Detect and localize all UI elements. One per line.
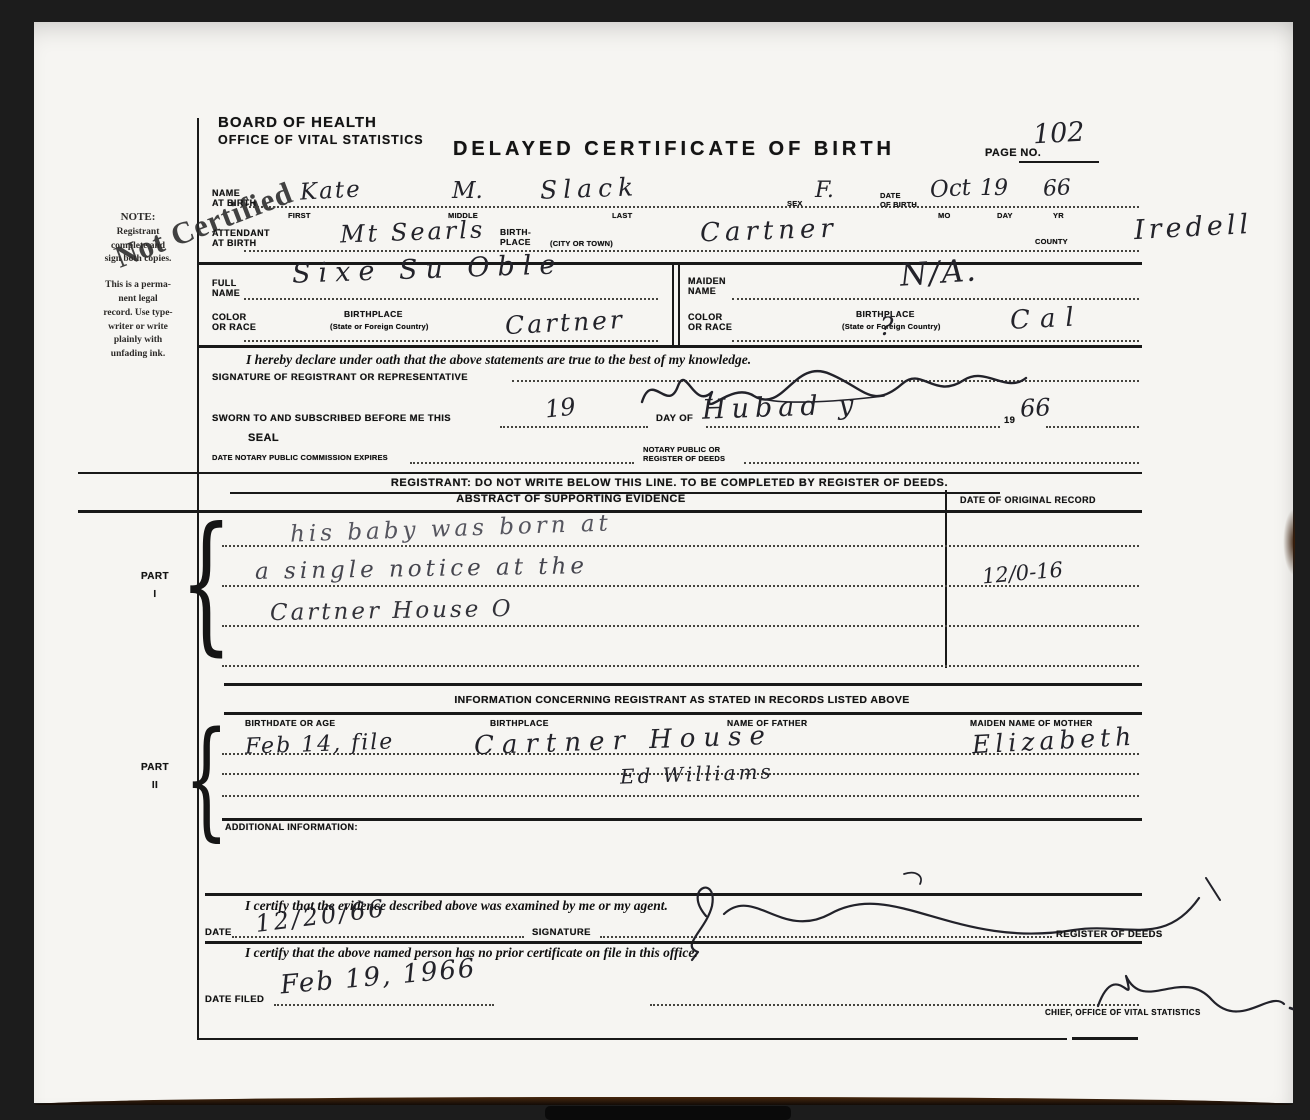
part1-record-date-value: 12/0-16 bbox=[981, 560, 1064, 588]
additional-information-label: ADDITIONAL INFORMATION: bbox=[225, 822, 358, 832]
attendant-label: ATTENDANT AT BIRTH bbox=[212, 228, 270, 249]
chief-office-label: CHIEF, OFFICE OF VITAL STATISTICS bbox=[1045, 1008, 1201, 1017]
mother-birthplace-value: Cal bbox=[1009, 304, 1084, 334]
notary-public-label: NOTARY PUBLIC OR REGISTER OF DEEDS bbox=[643, 446, 725, 463]
full-name-label-line2: NAME bbox=[212, 288, 240, 298]
sworn-day-line bbox=[500, 426, 648, 428]
part1-evidence-line1: his baby was born at bbox=[290, 512, 613, 546]
cert1-bottom-rule bbox=[205, 941, 1142, 944]
part2-birthdate-value: Feb 14, file bbox=[245, 731, 395, 758]
register-of-deeds-label: REGISTER OF DEEDS bbox=[1056, 930, 1163, 941]
page-title: DELAYED CERTIFICATE OF BIRTH bbox=[424, 138, 924, 161]
dob-month-value: Oct bbox=[929, 177, 971, 203]
date-filed-label: DATE FILED bbox=[205, 995, 264, 1006]
col-birthplace-header: BIRTHPLACE bbox=[490, 719, 549, 729]
margin-note-line: record. Use type- bbox=[90, 307, 186, 321]
notary-expires-line bbox=[410, 462, 634, 464]
father-birthplace-label: BIRTHPLACE bbox=[344, 310, 403, 320]
name-middle-value: M. bbox=[452, 180, 483, 203]
margin-note-line: writer or write bbox=[90, 321, 186, 335]
part1-label-num: I bbox=[138, 589, 172, 601]
registrant-signature-label: SIGNATURE OF REGISTRANT OR REPRESENTATIV… bbox=[212, 373, 468, 384]
name-last-value: Slack bbox=[540, 174, 640, 202]
sex-label: SEX bbox=[787, 200, 803, 209]
color-race-right-line2: OR RACE bbox=[688, 322, 732, 332]
full-name-label-line1: FULL bbox=[212, 278, 240, 288]
attendant-label-line1: ATTENDANT bbox=[212, 228, 270, 238]
cert1-signature-label: SIGNATURE bbox=[532, 928, 591, 939]
father-birthplace-sub-label: (State or Foreign Country) bbox=[330, 323, 429, 332]
record-date-column-divider bbox=[945, 490, 947, 668]
mother-birthplace-label: BIRTHPLACE bbox=[856, 310, 915, 320]
name-first-value: Kate bbox=[299, 178, 362, 204]
name-line bbox=[244, 206, 1139, 208]
sub-mo-label: MO bbox=[938, 212, 950, 221]
sex-value: F. bbox=[815, 180, 834, 202]
color-race-right-label: COLOR OR RACE bbox=[688, 312, 732, 333]
scanned-certificate-page: BOARD OF HEALTH OFFICE OF VITAL STATISTI… bbox=[34, 22, 1293, 1103]
office-vital-statistics-label: OFFICE OF VITAL STATISTICS bbox=[218, 133, 424, 147]
margin-note: NOTE: Registrant complete and sign both … bbox=[90, 210, 186, 362]
sub-last-label: LAST bbox=[612, 212, 632, 221]
page-no-value: 102 bbox=[1032, 119, 1085, 149]
maiden-name-label: MAIDEN NAME bbox=[688, 276, 726, 297]
sworn-month-value: Hubad y bbox=[702, 391, 860, 423]
color-race-left-line2: OR RACE bbox=[212, 322, 256, 332]
color-race-left-line1: COLOR bbox=[212, 312, 256, 322]
birthplace-label-line2: PLACE bbox=[500, 238, 531, 248]
part2-label: PART II bbox=[138, 762, 172, 791]
cert2-signature-scrawl bbox=[1064, 944, 1299, 1034]
margin-note-line: complete and bbox=[90, 240, 186, 254]
birthplace-value: Cartner bbox=[700, 216, 839, 247]
county-value: Iredell bbox=[1133, 211, 1252, 244]
margin-note-line: unfading ink. bbox=[90, 348, 186, 362]
sub-first-label: FIRST bbox=[288, 212, 311, 221]
attendant-value: Mt Searls bbox=[340, 217, 486, 246]
screenshot-stage: BOARD OF HEALTH OFFICE OF VITAL STATISTI… bbox=[0, 0, 1310, 1120]
part1-evidence-line2: a single notice at the bbox=[255, 555, 588, 584]
abstract-header: ABSTRACT OF SUPPORTING EVIDENCE bbox=[197, 493, 945, 506]
margin-note-heading: NOTE: bbox=[90, 210, 186, 226]
year-prefix-label: 19 bbox=[1004, 416, 1015, 427]
form-bottom-rule bbox=[197, 1038, 1067, 1040]
mother-birthplace-sub-label: (State or Foreign Country) bbox=[842, 323, 941, 332]
date-filed-value: Feb 19, 1966 bbox=[279, 955, 477, 998]
page-no-label: PAGE NO. bbox=[985, 147, 1041, 160]
sworn-day-value: 19 bbox=[544, 394, 577, 421]
sworn-year-value: 66 bbox=[1019, 395, 1051, 421]
part2-line3 bbox=[222, 795, 1139, 797]
dob-year-value: 66 bbox=[1042, 177, 1071, 200]
full-name-line bbox=[244, 298, 658, 300]
dob-label-line2: OF BIRTH bbox=[880, 201, 917, 210]
part2-header: INFORMATION CONCERNING REGISTRANT AS STA… bbox=[222, 694, 1142, 706]
margin-note-line: sign both copies. bbox=[90, 253, 186, 267]
part1-label-word: PART bbox=[138, 571, 172, 583]
attendant-label-line2: AT BIRTH bbox=[212, 238, 270, 248]
dock-handle[interactable] bbox=[545, 1106, 791, 1120]
notary-expires-label: DATE NOTARY PUBLIC COMMISSION EXPIRES bbox=[212, 454, 388, 463]
attendant-line bbox=[244, 250, 1139, 252]
part1-evidence-line3: Cartner House O bbox=[270, 598, 514, 625]
color-race-right-line1: COLOR bbox=[688, 312, 732, 322]
county-label: COUNTY bbox=[1035, 238, 1068, 247]
margin-note-line: nent legal bbox=[90, 293, 186, 307]
dob-label: DATE OF BIRTH bbox=[880, 192, 917, 209]
part2-header-rule bbox=[224, 712, 1142, 715]
part1-label: PART I bbox=[138, 571, 172, 600]
birthplace-label: BIRTH- PLACE bbox=[500, 228, 531, 248]
name-label-line1: NAME bbox=[212, 188, 257, 198]
part1-bottom-rule bbox=[224, 683, 1142, 686]
date-filed-line bbox=[274, 1004, 494, 1006]
maiden-name-value: N/A. bbox=[899, 255, 979, 291]
center-divider-b bbox=[678, 263, 680, 345]
part2-brace: { bbox=[184, 716, 229, 844]
dob-day-value: 19 bbox=[980, 178, 1008, 200]
color-race-left-line bbox=[244, 340, 658, 342]
cert1-date-label: DATE bbox=[205, 928, 232, 939]
seal-label: SEAL bbox=[248, 432, 279, 445]
day-of-label: DAY OF bbox=[656, 414, 693, 425]
sworn-prefix-label: SWORN TO AND SUBSCRIBED BEFORE ME THIS bbox=[212, 414, 451, 425]
sworn-month-line bbox=[706, 426, 1000, 428]
part1-line4 bbox=[222, 665, 1139, 667]
notary-public-line2: REGISTER OF DEEDS bbox=[643, 455, 725, 464]
margin-note-line: This is a perma- bbox=[90, 279, 186, 293]
sub-day-label: DAY bbox=[997, 212, 1013, 221]
center-divider-a bbox=[672, 263, 674, 345]
part2-label-word: PART bbox=[138, 762, 172, 774]
form-bottom-rule-segment bbox=[1072, 1037, 1138, 1040]
part2-bottom-rule bbox=[222, 818, 1142, 821]
scan-edge-artifact bbox=[1283, 508, 1295, 576]
margin-note-line: plainly with bbox=[90, 334, 186, 348]
maiden-label-line2: NAME bbox=[688, 286, 726, 296]
part1-line1 bbox=[222, 545, 1139, 547]
sworn-year-line bbox=[1046, 426, 1139, 428]
scan-bottom-shadow bbox=[34, 1097, 1293, 1105]
part2-label-num: II bbox=[138, 780, 172, 792]
margin-note-line: Registrant bbox=[90, 226, 186, 240]
part1-line3 bbox=[222, 625, 1139, 627]
full-name-value: Sixe Su Oble bbox=[292, 251, 564, 287]
part2-father-extra-value: Ed Williams bbox=[620, 761, 774, 786]
father-birthplace-value: Cartner bbox=[504, 307, 625, 338]
birthplace-sub-label: (CITY OR TOWN) bbox=[550, 240, 613, 249]
registrant-notice: REGISTRANT: DO NOT WRITE BELOW THIS LINE… bbox=[197, 477, 1142, 490]
notary-public-line bbox=[744, 462, 1139, 464]
col-birthdate-header: BIRTHDATE OR AGE bbox=[245, 719, 335, 729]
full-name-label: FULL NAME bbox=[212, 278, 240, 299]
page-no-underline bbox=[1019, 161, 1099, 163]
original-record-date-header: DATE OF ORIGINAL RECORD bbox=[960, 495, 1096, 505]
part1-brace: { bbox=[180, 508, 232, 658]
color-race-left-label: COLOR OR RACE bbox=[212, 312, 256, 333]
maiden-name-line bbox=[732, 298, 1139, 300]
sub-yr-label: YR bbox=[1053, 212, 1064, 221]
notice-top-rule bbox=[78, 472, 1142, 474]
board-of-health-label: BOARD OF HEALTH bbox=[218, 114, 377, 131]
maiden-label-line1: MAIDEN bbox=[688, 276, 726, 286]
cert1-date-line bbox=[232, 936, 524, 938]
